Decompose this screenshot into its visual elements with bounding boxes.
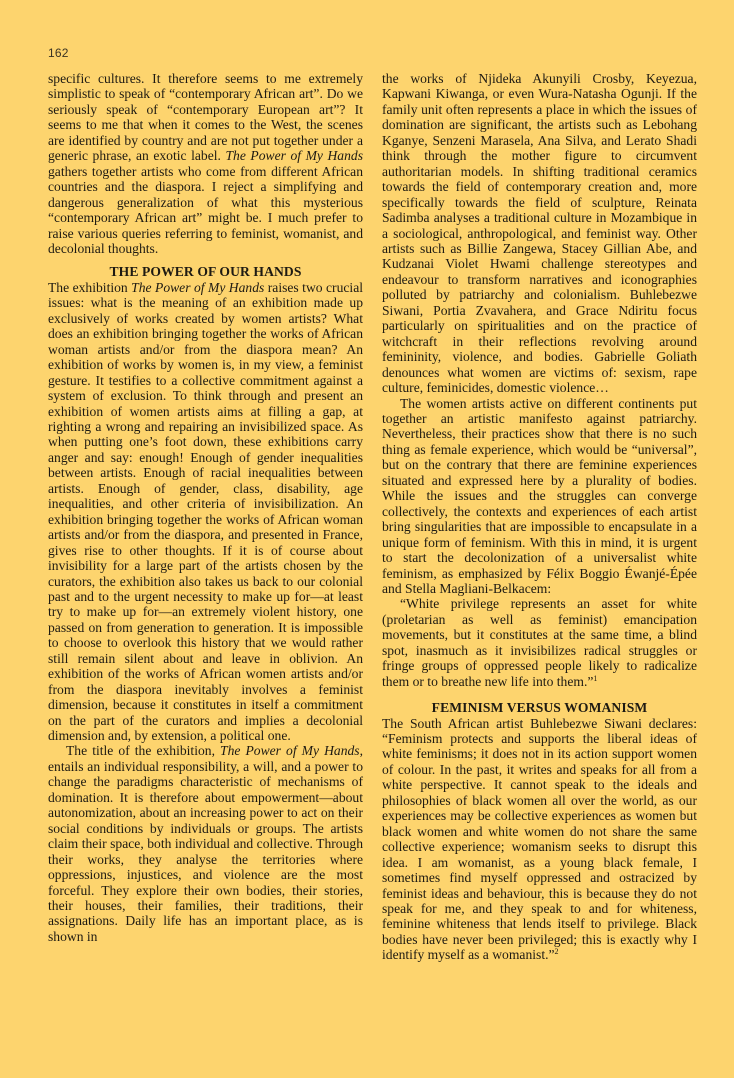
text-run: The exhibition bbox=[48, 280, 131, 295]
exhibition-title-italic: The Power of My Hands bbox=[225, 148, 363, 163]
paragraph-exhibition-title: The title of the exhibition, The Power o… bbox=[48, 743, 363, 944]
quote-text: “White privilege represents an asset for… bbox=[382, 596, 697, 688]
page-number: 162 bbox=[48, 46, 69, 60]
paragraph-exhibition-issues: The exhibition The Power of My Hands rai… bbox=[48, 280, 363, 744]
exhibition-title-italic: The Power of My Hands bbox=[220, 743, 360, 758]
paragraph-intro-continuation: specific cultures. It therefore seems to… bbox=[48, 71, 363, 256]
spacer bbox=[382, 689, 697, 696]
footnote-marker-1: 1 bbox=[593, 674, 597, 683]
text-run: , entails an individual responsibility, … bbox=[48, 743, 363, 943]
footnote-marker-2: 2 bbox=[555, 947, 559, 956]
section-heading-feminism-versus-womanism: FEMINISM VERSUS WOMANISM bbox=[382, 700, 697, 715]
paragraph-artists-works: the works of Njideka Akunyili Crosby, Ke… bbox=[382, 71, 697, 396]
exhibition-title-italic: The Power of My Hands bbox=[131, 280, 264, 295]
paragraph-artistic-manifesto: The women artists active on different co… bbox=[382, 396, 697, 597]
right-column: the works of Njideka Akunyili Crosby, Ke… bbox=[382, 71, 697, 963]
text-run: The title of the exhibition, bbox=[66, 743, 220, 758]
quote-text: The South African artist Buhlebezwe Siwa… bbox=[382, 716, 697, 963]
paragraph-siwani-declaration: The South African artist Buhlebezwe Siwa… bbox=[382, 716, 697, 963]
left-column: specific cultures. It therefore seems to… bbox=[48, 71, 363, 944]
section-heading-power-of-our-hands: THE POWER OF OUR HANDS bbox=[48, 264, 363, 279]
block-quote-white-privilege: “White privilege represents an asset for… bbox=[382, 596, 697, 689]
text-run: gathers together artists who come from d… bbox=[48, 164, 363, 256]
text-run: raises two crucial issues: what is the m… bbox=[48, 280, 363, 743]
